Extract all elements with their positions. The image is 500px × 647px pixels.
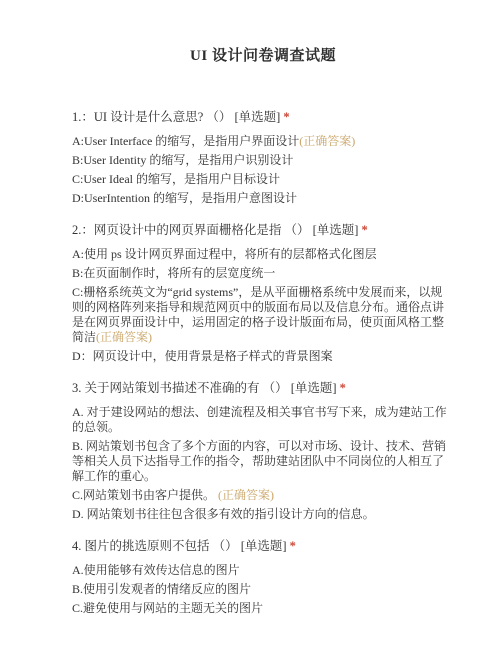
document-page: UI 设计问卷调查试题 1.：UI 设计是什么意思? （） [单选题]* A:U… <box>0 0 500 647</box>
option-text: D：网页设计中，使用背景是格子样式的背景图案 <box>72 349 333 363</box>
answer-option: B. 网站策划书包含了多个方面的内容，可以对市场、设计、技术、营销等相关人员下达… <box>72 439 454 484</box>
options-list: A:使用 ps 设计网页界面过程中，将所有的层都格式化图层 B:在页面制作时，将… <box>72 247 454 364</box>
option-text: B:User Identity 的缩写，是指用户识别设计 <box>72 153 293 167</box>
option-text: B. 网站策划书包含了多个方面的内容，可以对市场、设计、技术、营销等相关人员下达… <box>72 439 446 483</box>
option-text: B:在页面制作时，将所有的层宽度统一 <box>72 266 275 280</box>
answer-option: A:User Interface 的缩写，是指用户界面设计(正确答案) <box>72 134 454 149</box>
answer-option: B:在页面制作时，将所有的层宽度统一 <box>72 266 454 281</box>
question-header: 3. 关于网站策划书描述不准确的有 （） [单选题]* <box>72 380 454 397</box>
question-text: 3. 关于网站策划书描述不准确的有 （） [单选题] <box>72 381 337 395</box>
question-header: 4. 图片的挑选原则不包括 （） [单选题]* <box>72 538 454 555</box>
options-list: A:User Interface 的缩写，是指用户界面设计(正确答案) B:Us… <box>72 134 454 206</box>
question-block: 3. 关于网站策划书描述不准确的有 （） [单选题]* A. 对于建设网站的想法… <box>72 380 454 522</box>
answer-option: D:UserIntention 的缩写，是指用户意图设计 <box>72 191 454 206</box>
required-asterisk: * <box>361 223 367 237</box>
option-text: A:使用 ps 设计网页界面过程中，将所有的层都格式化图层 <box>72 247 377 261</box>
question-block: 2.：网页设计中的网页界面栅格化是指 （） [单选题]* A:使用 ps 设计网… <box>72 222 454 364</box>
answer-option: A:使用 ps 设计网页界面过程中，将所有的层都格式化图层 <box>72 247 454 262</box>
answer-option: C:User Ideal 的缩写，是指用户目标设计 <box>72 172 454 187</box>
answer-option: B:User Identity 的缩写，是指用户识别设计 <box>72 153 454 168</box>
answer-option: A.使用能够有效传达信息的图片 <box>72 563 454 578</box>
question-header: 1.：UI 设计是什么意思? （） [单选题]* <box>72 109 454 126</box>
question-block: 1.：UI 设计是什么意思? （） [单选题]* A:User Interfac… <box>72 109 454 206</box>
required-asterisk: * <box>290 539 296 553</box>
correct-answer-tag: (正确答案) <box>299 134 355 148</box>
options-list: A.使用能够有效传达信息的图片 B.使用引发观者的情绪反应的图片 C.避免使用与… <box>72 563 454 616</box>
answer-option: C.避免使用与网站的主题无关的图片 <box>72 601 454 616</box>
option-text: A.使用能够有效传达信息的图片 <box>72 563 240 577</box>
answer-option: D. 网站策划书往往包含很多有效的指引设计方向的信息。 <box>72 507 454 522</box>
correct-answer-tag: (正确答案) <box>96 330 152 344</box>
required-asterisk: * <box>340 381 346 395</box>
answer-option: C:栅格系统英文为“grid systems”，是从平面栅格系统中发展而来，以规… <box>72 285 454 345</box>
option-text: B.使用引发观者的情绪反应的图片 <box>72 582 251 596</box>
question-text: 1.：UI 设计是什么意思? （） [单选题] <box>72 110 280 124</box>
question-text: 2.：网页设计中的网页界面栅格化是指 （） [单选题] <box>72 223 358 237</box>
required-asterisk: * <box>283 110 289 124</box>
option-text: C:User Ideal 的缩写，是指用户目标设计 <box>72 172 280 186</box>
option-text: D:UserIntention 的缩写，是指用户意图设计 <box>72 191 297 205</box>
question-block: 4. 图片的挑选原则不包括 （） [单选题]* A.使用能够有效传达信息的图片 … <box>72 538 454 616</box>
option-text: D. 网站策划书往往包含很多有效的指引设计方向的信息。 <box>72 507 375 521</box>
option-text: C.避免使用与网站的主题无关的图片 <box>72 601 263 615</box>
answer-option: B.使用引发观者的情绪反应的图片 <box>72 582 454 597</box>
questions-list: 1.：UI 设计是什么意思? （） [单选题]* A:User Interfac… <box>72 109 454 616</box>
option-text: A:User Interface 的缩写，是指用户界面设计 <box>72 134 299 148</box>
options-list: A. 对于建设网站的想法、创建流程及相关事官书写下来，成为建站工作的总领。 B.… <box>72 405 454 522</box>
question-text: 4. 图片的挑选原则不包括 （） [单选题] <box>72 539 287 553</box>
answer-option: A. 对于建设网站的想法、创建流程及相关事官书写下来，成为建站工作的总领。 <box>72 405 454 435</box>
page-title: UI 设计问卷调查试题 <box>72 44 454 65</box>
answer-option: C.网站策划书由客户提供。 (正确答案) <box>72 488 454 503</box>
option-text: C.网站策划书由客户提供。 <box>72 488 218 502</box>
correct-answer-tag: (正确答案) <box>218 488 274 502</box>
answer-option: D：网页设计中，使用背景是格子样式的背景图案 <box>72 349 454 364</box>
option-text: A. 对于建设网站的想法、创建流程及相关事官书写下来，成为建站工作的总领。 <box>72 405 447 434</box>
question-header: 2.：网页设计中的网页界面栅格化是指 （） [单选题]* <box>72 222 454 239</box>
